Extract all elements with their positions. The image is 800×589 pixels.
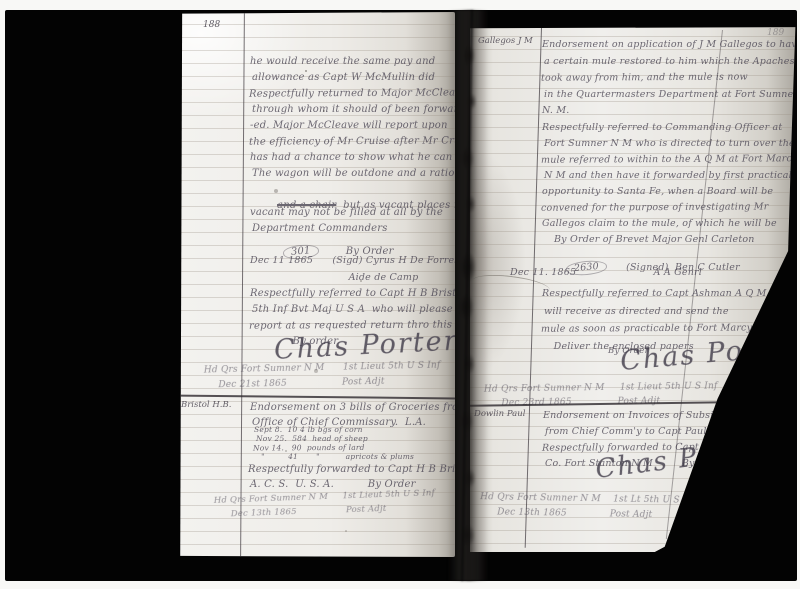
right-entry1-order-of-line: By Order of Brevet Major Genl Carleton [554,234,755,245]
text-line: vacant may not be filled at all by the [250,205,443,221]
text-line: in the Quartermasters Department at Fort… [544,87,800,104]
text-line: Respectfully returned to Major McCleave [249,85,476,102]
text-line: took away from him, and the mule is now [541,69,800,87]
microfilm-background: 188 he would receive the same pay andall… [5,10,797,581]
text-line: Endorsement on Invoices of Subsistence S… [543,408,782,424]
text-line: a certain mule restored to him which the… [544,54,800,71]
right-entry1-referral: Respectfully referred to Commanding Offi… [542,120,800,232]
text-line: " 41 " apricots & plums [256,452,414,461]
text-line: Respectfully forwarded to Capt H B Brist… [248,462,475,477]
left-entry2-forwarded: Respectfully forwarded to Capt H B Brist… [248,462,475,492]
text-line: Endorsement on 3 bills of Groceries from [250,400,468,415]
text-line: Dec 13th 1865 Post Adjt [482,505,698,524]
text-line: Aide de Camp [252,269,465,286]
left-entry1-footer: Hd Qrs Fort Sumner N M 1st Lieut 5th U S… [204,359,441,394]
text-line: N. M. [542,103,800,120]
text-line: Endorsement on application of J M Galleg… [542,37,800,54]
left-page-entry-divider [178,395,455,400]
text-line: has had a chance to show what he can do [250,150,477,166]
right-entry1-date-line: Dec 11. 1865 A A Genrl [510,267,702,278]
text-line: Respectfully referred to Capt Ashman A Q… [542,285,790,303]
text-line: Gallegos claim to the mule, of which he … [542,216,800,232]
ledger-page-right: 189 Gallegos J M Endorsement on applicat… [470,24,800,552]
left-entry1-body-b: vacant may not be filled at all by theDe… [250,205,443,237]
right-entry2-footer: Hd Qrs Fort Sumner N M 1st Lt 5th U S In… [480,490,696,524]
text-line: -ed. Major McCleave will report upon [250,118,477,134]
left-entry2-commissary-list: Sept 8. 10 4 lb bgs of cornNov 25. 584 h… [254,425,412,461]
text-line: the efficiency of Mr Cruise after Mr Cru… [249,133,476,150]
text-line: opportunity to Santa Fe, when a Board wi… [542,184,800,200]
dust-specks [305,70,307,72]
text-line: Respectfully referred to Commanding Offi… [542,120,800,136]
binding-crease-line [461,10,472,581]
text-line: Fort Sumner N M who is directed to turn … [544,136,800,152]
text-line: from Chief Comm'y to Capt Paul Dowlin [545,424,784,440]
ledger-page-left: 188 he would receive the same pay andall… [178,12,455,557]
right-entry1-body: Endorsement on application of J M Galleg… [542,37,800,120]
left-entry1-body-a: he would receive the same pay andallowan… [250,54,477,182]
text-line: Sept 8. 10 4 lb bgs of corn [254,425,412,434]
scanned-ledger-screenshot: 188 he would receive the same pay andall… [0,0,800,589]
left-entry1-signed-lines: Dec 11 1865 (Sigd) Cyrus H De Forrest Ai… [250,252,463,286]
page-number-left: 188 [203,20,220,30]
left-entry2-margin-label: Bristol H.B. [181,400,231,410]
left-page-margin-rule [240,12,245,557]
text-line: mule as soon as practicable to Fort Marc… [541,319,789,338]
book-gutter [444,10,492,581]
text-line: mule referred to within to the A Q M at … [541,151,800,169]
text-line: N M and then have it forwarded by first … [544,168,800,184]
text-line: he would receive the same pay and [250,54,477,70]
text-line: Dec 11 1865 (Sigd) Cyrus H De Forrest [250,252,463,269]
text-line: convened for the purpose of investigatin… [541,199,800,217]
text-line: Nov 14. 90 pounds of lard [253,443,411,453]
left-entry2-footer: Hd Qrs Fort Sumner N M 1st Lieut 5th U S… [214,486,436,522]
text-line: will receive as directed and send the [544,303,792,321]
